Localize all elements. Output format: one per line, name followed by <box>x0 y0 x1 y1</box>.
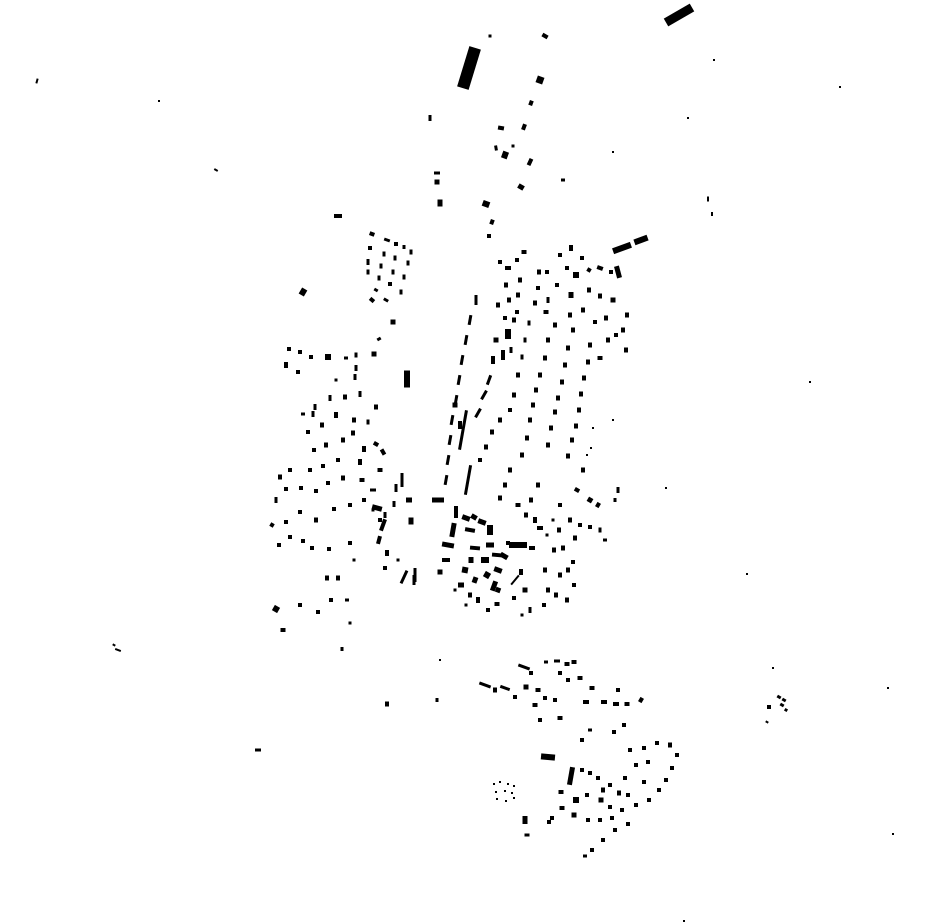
building-footprint <box>380 264 383 269</box>
building-footprint <box>609 270 613 274</box>
building-footprint <box>370 489 376 492</box>
building-footprint <box>348 541 352 545</box>
building-footprint <box>296 370 300 374</box>
building-footprint <box>442 558 450 562</box>
building-footprint <box>558 253 562 257</box>
building-footprint <box>628 748 632 752</box>
building-footprint <box>533 301 537 306</box>
building-footprint <box>558 503 562 507</box>
building-footprint <box>336 576 340 581</box>
building-footprint <box>554 660 560 663</box>
building-footprint <box>582 376 586 381</box>
building-footprint <box>544 310 549 314</box>
building-footprint <box>512 596 516 600</box>
building-footprint <box>561 179 565 182</box>
building-footprint <box>583 855 587 858</box>
building-footprint <box>565 266 569 270</box>
building-footprint <box>543 568 547 573</box>
building-footprint <box>521 355 524 360</box>
building-footprint <box>612 730 616 734</box>
building-footprint <box>516 503 521 507</box>
building-footprint <box>345 599 349 602</box>
building-footprint <box>626 822 630 826</box>
building-footprint <box>531 403 535 408</box>
building-footprint <box>588 343 592 348</box>
building-footprint <box>561 546 565 551</box>
building-footprint <box>573 536 577 541</box>
building-footprint <box>642 780 646 784</box>
building-footprint <box>601 788 605 793</box>
building-footprint <box>498 260 502 264</box>
building-footprint <box>577 408 581 413</box>
building-footprint <box>508 468 512 473</box>
building-footprint <box>158 100 160 102</box>
building-footprint <box>486 608 490 612</box>
building-footprint <box>568 313 572 318</box>
building-footprint <box>298 350 302 354</box>
building-footprint <box>334 214 342 218</box>
building-footprint <box>546 534 549 537</box>
building-footprint <box>547 820 551 824</box>
building-footprint <box>511 792 513 794</box>
building-footprint <box>707 197 709 202</box>
building-footprint <box>655 741 659 745</box>
building-footprint <box>587 288 591 293</box>
building-footprint <box>675 753 679 757</box>
building-footprint <box>560 380 564 385</box>
building-footprint <box>499 781 501 783</box>
building-footprint <box>588 525 592 529</box>
building-footprint <box>504 283 508 288</box>
building-footprint <box>336 458 340 462</box>
building-footprint <box>593 320 597 324</box>
building-footprint <box>552 519 555 522</box>
building-footprint <box>586 454 588 456</box>
building-footprint <box>341 476 345 481</box>
building-footprint <box>571 328 575 333</box>
building-footprint <box>332 507 336 511</box>
building-footprint <box>314 518 318 523</box>
building-footprint <box>625 702 630 706</box>
building-footprint <box>767 705 771 709</box>
building-footprint <box>385 702 389 707</box>
building-footprint <box>529 607 532 613</box>
building-footprint <box>657 788 661 792</box>
building-footprint <box>496 798 498 800</box>
building-footprint <box>400 290 403 295</box>
building-footprint <box>553 323 557 328</box>
building-footprint <box>281 628 286 632</box>
building-footprint <box>529 671 533 675</box>
building-footprint <box>284 520 288 524</box>
building-footprint <box>590 447 592 449</box>
building-footprint <box>327 547 331 551</box>
building-footprint <box>664 778 668 782</box>
building-footprint <box>578 676 583 680</box>
building-footprint <box>524 338 527 343</box>
building-footprint <box>598 294 602 299</box>
building-footprint <box>613 702 619 706</box>
building-footprint <box>520 453 524 458</box>
building-footprint <box>596 776 600 780</box>
building-footprint <box>438 570 443 575</box>
building-footprint <box>458 583 464 588</box>
building-footprint <box>284 362 288 368</box>
building-footprint <box>573 797 579 803</box>
building-footprint <box>623 776 627 780</box>
building-footprint <box>301 539 305 543</box>
building-footprint <box>325 576 329 581</box>
building-footprint <box>579 392 583 397</box>
building-footprint <box>523 588 528 593</box>
building-footprint <box>309 355 313 359</box>
building-footprint <box>574 424 578 429</box>
building-footprint <box>512 145 515 148</box>
building-footprint <box>588 771 592 775</box>
building-footprint <box>566 346 570 351</box>
building-footprint <box>546 443 550 448</box>
building-footprint <box>620 808 624 812</box>
building-footprint <box>599 798 604 803</box>
building-footprint <box>598 818 602 822</box>
building-footprint <box>397 559 400 562</box>
building-footprint <box>536 286 540 290</box>
building-footprint <box>362 446 366 452</box>
building-footprint <box>343 395 347 400</box>
building-footprint <box>538 718 542 722</box>
building-footprint <box>372 352 377 357</box>
building-footprint <box>668 743 672 748</box>
building-footprint <box>523 816 528 824</box>
building-footprint <box>545 270 549 274</box>
building-footprint <box>565 598 569 603</box>
building-footprint <box>491 356 495 364</box>
building-footprint <box>510 347 513 353</box>
building-footprint <box>414 568 417 582</box>
building-footprint <box>513 785 515 787</box>
building-footprint <box>395 484 398 492</box>
building-footprint <box>624 348 628 353</box>
building-footprint <box>407 261 410 266</box>
building-footprint <box>572 813 577 818</box>
building-footprint <box>516 293 520 298</box>
building-footprint <box>494 338 499 343</box>
building-footprint <box>552 548 556 553</box>
building-footprint <box>409 518 414 525</box>
building-footprint <box>358 459 362 465</box>
building-footprint <box>512 393 516 398</box>
building-footprint <box>616 688 620 692</box>
building-footprint <box>306 430 310 434</box>
building-footprint <box>566 678 570 682</box>
building-footprint <box>454 506 458 518</box>
building-footprint <box>772 667 774 669</box>
building-footprint <box>519 569 523 575</box>
building-footprint <box>359 391 362 397</box>
building-footprint <box>348 503 352 507</box>
building-footprint <box>612 151 614 153</box>
building-footprint <box>554 593 558 598</box>
building-footprint <box>522 250 527 254</box>
building-footprint <box>592 427 594 429</box>
building-footprint <box>553 698 557 702</box>
building-footprint <box>542 603 546 607</box>
building-footprint <box>439 659 441 661</box>
building-footprint <box>560 806 565 810</box>
building-footprint <box>354 374 357 380</box>
building-footprint <box>429 115 432 121</box>
building-footprint <box>255 749 261 752</box>
building-footprint <box>326 481 330 485</box>
building-footprint <box>298 510 302 514</box>
building-footprint <box>487 234 491 238</box>
building-footprint <box>509 542 527 548</box>
building-footprint <box>599 528 602 533</box>
building-footprint <box>401 473 404 487</box>
building-footprint <box>393 501 396 507</box>
building-footprint <box>367 270 370 275</box>
building-footprint <box>565 662 570 666</box>
building-footprint <box>547 297 550 303</box>
building-footprint <box>608 783 612 787</box>
building-footprint <box>617 487 620 493</box>
building-footprint <box>525 436 529 441</box>
building-footprint <box>568 518 572 523</box>
building-footprint <box>475 295 478 305</box>
building-footprint <box>586 818 590 822</box>
building-footprint <box>508 408 512 412</box>
building-footprint <box>341 647 344 651</box>
building-footprint <box>374 405 378 410</box>
building-footprint <box>383 566 387 570</box>
building-footprint-map <box>0 0 930 924</box>
building-footprint <box>325 354 331 360</box>
building-footprint <box>711 212 713 216</box>
building-footprint <box>378 468 383 472</box>
building-footprint <box>344 357 348 360</box>
building-footprint <box>521 614 524 617</box>
building-footprint <box>287 347 291 351</box>
building-footprint <box>553 410 557 415</box>
building-footprint <box>573 272 579 278</box>
building-footprint <box>536 688 541 692</box>
building-footprint <box>608 805 612 809</box>
building-footprint <box>434 172 440 175</box>
building-footprint <box>569 292 574 298</box>
building-footprint <box>310 546 314 550</box>
building-footprint <box>298 603 302 607</box>
building-footprint <box>288 535 292 539</box>
building-footprint <box>351 431 355 436</box>
building-footprint <box>367 420 370 425</box>
building-footprint <box>503 316 507 320</box>
building-footprint <box>665 487 667 489</box>
building-footprint <box>613 828 617 832</box>
building-footprint <box>435 180 440 185</box>
building-footprint <box>275 497 278 503</box>
building-footprint <box>368 246 372 250</box>
building-footprint <box>362 498 366 502</box>
building-footprint <box>566 454 570 459</box>
building-footprint <box>299 486 303 490</box>
building-footprint <box>436 698 439 702</box>
building-footprint <box>392 270 395 275</box>
building-footprint <box>543 356 547 361</box>
building-footprint <box>329 395 332 401</box>
building-footprint <box>746 573 748 575</box>
building-footprint <box>585 793 589 797</box>
building-footprint <box>288 468 292 472</box>
building-footprint <box>524 513 528 518</box>
building-footprint <box>513 797 515 799</box>
building-footprint <box>355 365 358 371</box>
building-footprint <box>537 526 543 530</box>
building-footprint <box>809 381 811 383</box>
building-footprint <box>438 200 443 207</box>
building-footprint <box>534 388 538 393</box>
building-footprint <box>572 583 576 587</box>
building-footprint <box>403 275 406 280</box>
building-footprint <box>614 333 618 337</box>
building-footprint <box>524 685 529 690</box>
building-footprint <box>486 543 494 548</box>
building-footprint <box>580 738 584 742</box>
building-footprint <box>493 688 497 693</box>
building-footprint <box>469 557 474 563</box>
building-footprint <box>498 418 502 423</box>
building-footprint <box>536 483 540 488</box>
building-footprint <box>341 438 345 443</box>
building-footprint <box>603 539 607 542</box>
building-footprint <box>367 259 370 265</box>
building-footprint <box>646 760 650 764</box>
building-footprint <box>586 360 590 365</box>
building-footprint <box>578 523 582 527</box>
building-footprint <box>495 602 500 606</box>
building-footprint <box>458 421 462 429</box>
building-footprint <box>687 117 689 119</box>
building-footprint <box>481 557 489 563</box>
building-footprint <box>308 468 312 472</box>
building-footprint <box>541 753 555 760</box>
building-footprint <box>360 478 365 482</box>
building-footprint <box>334 412 338 418</box>
building-footprint <box>489 35 492 38</box>
building-footprint <box>410 250 413 255</box>
building-footprint <box>601 838 605 842</box>
building-footprint <box>546 588 550 593</box>
building-footprint <box>349 622 352 625</box>
building-footprint <box>394 256 397 261</box>
building-footprint <box>406 498 412 503</box>
building-footprint <box>394 242 398 246</box>
building-footprint <box>887 687 889 689</box>
building-footprint <box>465 604 468 607</box>
building-footprint <box>403 245 406 249</box>
building-footprint <box>468 593 472 598</box>
building-footprint <box>559 790 564 794</box>
building-footprint <box>625 313 629 318</box>
building-footprint <box>612 419 614 421</box>
building-footprint <box>555 283 559 287</box>
building-footprint <box>518 278 522 283</box>
building-footprint <box>563 363 567 368</box>
building-footprint <box>557 528 561 533</box>
building-footprint <box>634 803 638 807</box>
building-footprint <box>590 686 595 690</box>
building-footprint <box>513 695 517 699</box>
building-footprint <box>404 371 410 388</box>
building-footprint <box>355 353 358 358</box>
building-footprint <box>454 589 457 592</box>
building-footprint <box>544 661 548 664</box>
building-footprint <box>839 86 841 88</box>
building-footprint <box>610 816 614 820</box>
building-footprint <box>329 598 333 602</box>
building-footprint <box>335 379 338 382</box>
building-footprint <box>504 790 506 792</box>
building-footprint <box>385 550 389 556</box>
building-footprint <box>490 430 494 435</box>
building-footprint <box>642 746 646 750</box>
building-footprint <box>503 483 507 488</box>
building-footprint <box>478 458 482 462</box>
building-footprint <box>498 496 502 501</box>
building-footprint <box>621 328 625 333</box>
building-footprint <box>558 573 562 578</box>
building-footprint <box>278 475 282 480</box>
building-footprint <box>378 276 381 281</box>
building-footprint <box>432 498 444 503</box>
building-footprint <box>570 438 574 443</box>
building-footprint <box>580 256 584 260</box>
building-footprint <box>617 791 621 796</box>
building-footprint <box>622 723 626 727</box>
building-footprint <box>495 791 497 793</box>
building-footprint <box>316 610 320 614</box>
building-footprint <box>525 834 530 837</box>
building-footprint <box>391 320 396 325</box>
building-footprint <box>533 517 537 523</box>
building-footprint <box>550 816 554 820</box>
building-footprint <box>314 489 318 493</box>
building-footprint <box>583 700 589 704</box>
building-footprint <box>598 356 603 360</box>
building-footprint <box>601 700 607 704</box>
building-footprint <box>529 546 535 550</box>
building-footprint <box>580 768 584 772</box>
building-footprint <box>284 487 288 491</box>
building-footprint <box>558 716 563 720</box>
building-footprint <box>462 567 469 574</box>
building-footprint <box>611 298 616 303</box>
building-footprint <box>476 597 480 603</box>
building-footprint <box>581 308 585 313</box>
building-footprint <box>453 403 458 408</box>
ground <box>0 0 930 924</box>
building-footprint <box>538 373 542 378</box>
building-footprint <box>670 766 674 770</box>
building-footprint <box>487 525 493 535</box>
building-footprint <box>614 498 617 502</box>
building-footprint <box>590 848 594 852</box>
building-footprint <box>533 703 538 707</box>
building-footprint <box>384 512 387 518</box>
building-footprint <box>515 310 519 314</box>
building-footprint <box>549 426 553 431</box>
building-footprint <box>569 245 573 251</box>
building-footprint <box>378 518 382 522</box>
